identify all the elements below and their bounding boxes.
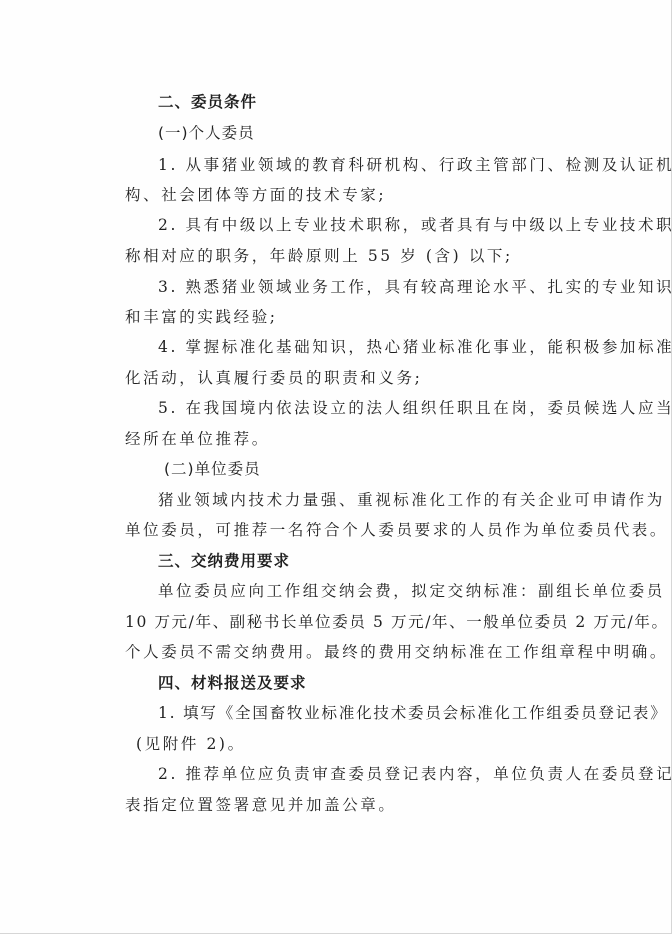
- subsection-heading-individual-members: (一)个人委员: [158, 123, 255, 143]
- paragraph-line: 单位委员应向工作组交纳会费，拟定交纳标准：副组长单位委员: [158, 581, 665, 601]
- paragraph-line: 和丰富的实践经验;: [125, 307, 278, 327]
- document-page: 二、委员条件 (一)个人委员 1. 从事猪业领域的教育科研机构、行政主管部门、检…: [0, 0, 672, 934]
- paragraph-line: 3. 熟悉猪业领域业务工作，具有较高理论水平、扎实的专业知识: [158, 277, 672, 297]
- paragraph-line: 2. 推荐单位应负责审查委员登记表内容，单位负责人在委员登记: [158, 764, 672, 784]
- paragraph-line: 个人委员不需交纳费用。最终的费用交纳标准在工作组章程中明确。: [125, 642, 668, 662]
- section-heading-materials: 四、材料报送及要求: [158, 673, 307, 693]
- paragraph-line: 10 万元/年、副秘书长单位委员 5 万元/年、一般单位委员 2 万元/年。: [125, 612, 669, 632]
- paragraph-line: 2. 具有中级以上专业技术职称，或者具有与中级以上专业技术职: [158, 215, 672, 235]
- paragraph-line: 单位委员，可推荐一名符合个人委员要求的人员作为单位委员代表。: [125, 520, 668, 540]
- paragraph-line: 构、社会团体等方面的技术专家;: [125, 185, 386, 205]
- paragraph-line: 4. 掌握标准化基础知识，热心猪业标准化事业，能积极参加标准: [158, 337, 672, 357]
- paragraph-line: 经所在单位推荐。: [125, 429, 270, 449]
- subsection-heading-unit-members: (二)单位委员: [164, 459, 261, 479]
- paragraph-line: 1. 从事猪业领域的教育科研机构、行政主管部门、检测及认证机: [158, 155, 672, 175]
- section-heading-fees: 三、交纳费用要求: [158, 551, 290, 571]
- paragraph-line: 化活动，认真履行委员的职责和义务;: [125, 368, 422, 388]
- section-heading-committee-conditions: 二、委员条件: [158, 92, 257, 112]
- paragraph-line: 称相对应的职务，年龄原则上 55 岁 (含) 以下;: [125, 246, 513, 266]
- paragraph-line: 5. 在我国境内依法设立的法人组织任职且在岗，委员候选人应当: [158, 398, 672, 418]
- paragraph-line: 1. 填写《全国畜牧业标准化技术委员会标准化工作组委员登记表》: [158, 703, 668, 723]
- paragraph-line: 猪业领域内技术力量强、重视标准化工作的有关企业可申请作为: [158, 490, 665, 510]
- paragraph-line: 表指定位置签署意见并加盖公章。: [125, 795, 397, 815]
- paragraph-line: (见附件 2)。: [136, 734, 246, 754]
